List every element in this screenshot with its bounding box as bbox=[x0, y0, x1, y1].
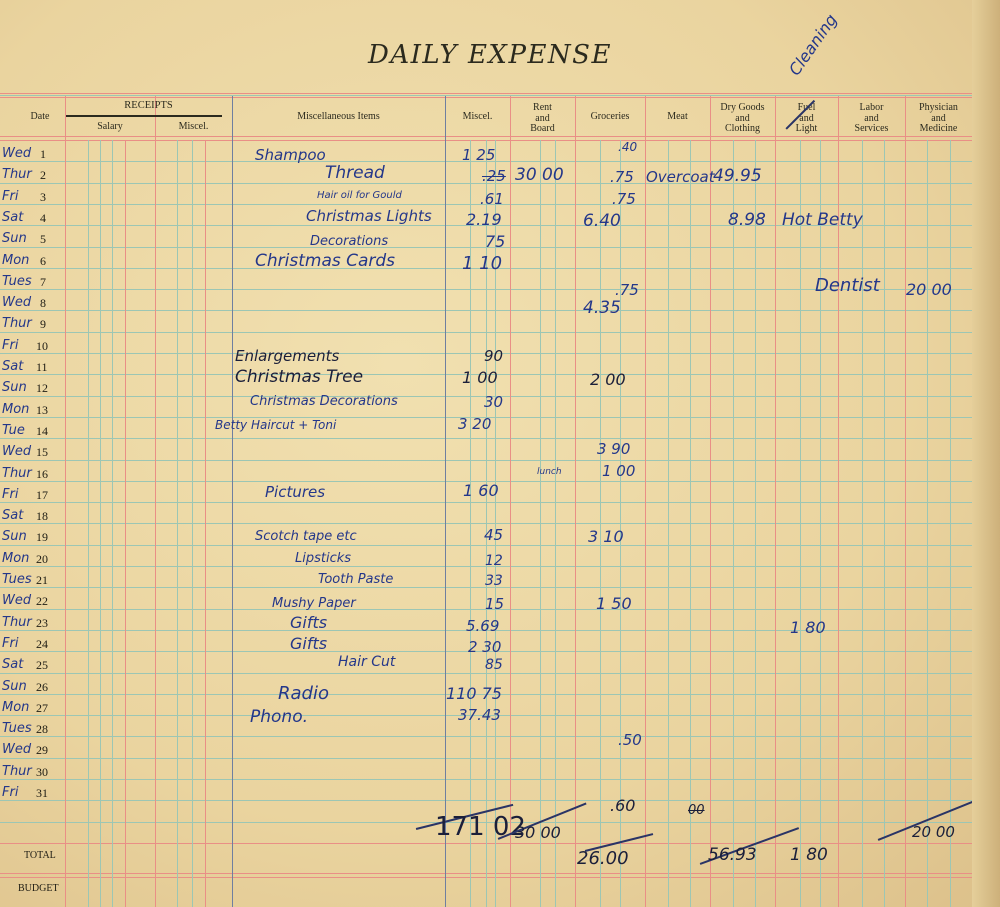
grid-line bbox=[540, 140, 541, 907]
grid-line bbox=[905, 96, 906, 907]
groceries-amount: .75 bbox=[610, 168, 634, 186]
weekday-label: Sun bbox=[2, 679, 27, 694]
groceries-amount: .75 bbox=[615, 281, 639, 299]
groceries-amount: 3 10 bbox=[588, 527, 624, 546]
grid-line bbox=[820, 140, 821, 907]
physician-amount: 20 00 bbox=[906, 280, 952, 299]
item-enlargements: Enlargements bbox=[235, 347, 339, 365]
grid-line bbox=[800, 140, 801, 907]
grid-line bbox=[100, 140, 101, 907]
header-misc-items: Miscellaneous Items bbox=[232, 112, 445, 123]
weekday-label: Mon bbox=[2, 551, 29, 566]
total-rent: 30 00 bbox=[515, 823, 561, 842]
date-number: 3 bbox=[40, 190, 46, 205]
page-title: DAILY EXPENSE bbox=[0, 40, 980, 70]
weekday-label: Tues bbox=[2, 274, 32, 289]
grid-line bbox=[0, 95, 972, 96]
date-number: 25 bbox=[36, 658, 48, 673]
weekday-label: Thur bbox=[2, 615, 32, 630]
miscel-amount: 1 60 bbox=[463, 481, 499, 500]
miscel-amount: .61 bbox=[480, 190, 504, 208]
date-number: 6 bbox=[40, 254, 46, 269]
rent-amount: 30 00 bbox=[515, 165, 564, 185]
groceries-amount: 6.40 bbox=[583, 211, 621, 231]
date-number: 29 bbox=[36, 743, 48, 758]
weekday-label: Sun bbox=[2, 380, 27, 395]
header-physician: Physician and Medicine bbox=[905, 103, 972, 135]
grid-line bbox=[510, 96, 511, 907]
total-physician: 20 00 bbox=[912, 823, 955, 841]
date-number: 1 bbox=[40, 147, 46, 162]
date-number: 5 bbox=[40, 232, 46, 247]
grid-line bbox=[668, 140, 669, 907]
date-number: 20 bbox=[36, 552, 48, 567]
grid-line bbox=[232, 96, 233, 907]
weekday-label: Wed bbox=[2, 742, 31, 757]
weekday-label: Wed bbox=[2, 146, 31, 161]
groceries-amount: .50 bbox=[618, 731, 642, 749]
date-number: 26 bbox=[36, 680, 48, 695]
grid-line bbox=[65, 96, 66, 907]
weekday-label: Tue bbox=[2, 423, 25, 438]
weekday-label: Sat bbox=[2, 508, 23, 523]
weekday-label: Sat bbox=[2, 657, 23, 672]
header-receipts-miscel: Miscel. bbox=[155, 122, 232, 133]
groceries-amount: 2 00 bbox=[590, 370, 626, 389]
groceries-amount: 1 00 bbox=[602, 462, 635, 480]
item-thread: Thread bbox=[325, 163, 385, 183]
item-christmas-tree: Christmas Tree bbox=[235, 367, 363, 387]
weekday-label: Fri bbox=[2, 785, 18, 800]
item-christmas-lights: Christmas Lights bbox=[306, 207, 432, 225]
grid-line bbox=[950, 140, 951, 907]
weekday-label: Tues bbox=[2, 721, 32, 736]
item-hair-cut: Hair Cut bbox=[338, 654, 395, 670]
total-label: TOTAL bbox=[24, 850, 56, 861]
date-number: 16 bbox=[36, 467, 48, 482]
grid-line bbox=[0, 93, 972, 94]
grid-line bbox=[862, 140, 863, 907]
grid-line bbox=[645, 96, 646, 907]
total-dry-goods: 56.93 bbox=[708, 845, 757, 865]
labor-note-dentist: Dentist bbox=[815, 275, 880, 296]
miscel-amount: 33 bbox=[485, 573, 503, 589]
groceries-amount: .60 bbox=[610, 796, 635, 815]
groceries-amount: .75 bbox=[612, 190, 636, 208]
date-number: 24 bbox=[36, 637, 48, 652]
weekday-label: Wed bbox=[2, 295, 31, 310]
weekday-label: Thur bbox=[2, 167, 32, 182]
grid-line bbox=[445, 96, 446, 907]
item-christmas-cards: Christmas Cards bbox=[255, 251, 395, 271]
meat-struck-value: 00 bbox=[688, 803, 705, 818]
meat-note-overcoat: Overcoat bbox=[646, 168, 715, 186]
miscel-amount: 90 bbox=[484, 347, 503, 365]
date-number: 12 bbox=[36, 381, 48, 396]
item-radio: Radio bbox=[278, 683, 329, 704]
dry-goods-note: Hot Betty bbox=[782, 210, 863, 230]
grid-line bbox=[205, 140, 206, 907]
grid-line bbox=[555, 140, 556, 907]
weekday-label: Fri bbox=[2, 487, 18, 502]
item-shampoo: Shampoo bbox=[255, 146, 326, 164]
total-fuel: 1 80 bbox=[790, 845, 828, 865]
date-number: 2 bbox=[40, 168, 46, 183]
date-number: 28 bbox=[36, 722, 48, 737]
grid-line bbox=[88, 140, 89, 907]
miscel-amount: 1 10 bbox=[462, 253, 502, 274]
grid-line bbox=[775, 96, 776, 907]
date-number: 11 bbox=[36, 360, 48, 375]
grid-line bbox=[192, 140, 193, 907]
item-decorations: Decorations bbox=[310, 234, 388, 249]
date-number: 22 bbox=[36, 594, 48, 609]
miscel-amount: 85 bbox=[485, 657, 503, 673]
miscel-amount: 5.69 bbox=[466, 617, 499, 635]
weekday-label: Sun bbox=[2, 231, 27, 246]
item-gifts-2: Gifts bbox=[290, 634, 327, 653]
date-number: 21 bbox=[36, 573, 48, 588]
miscel-amount: 75 bbox=[485, 232, 505, 251]
grid-line bbox=[620, 140, 621, 907]
groceries-amount: 3 90 bbox=[597, 440, 630, 458]
miscel-amount: 15 bbox=[485, 595, 504, 613]
item-pictures: Pictures bbox=[265, 483, 325, 501]
grid-line bbox=[0, 136, 972, 137]
date-number: 7 bbox=[40, 275, 46, 290]
date-number: 19 bbox=[36, 530, 48, 545]
date-number: 10 bbox=[36, 339, 48, 354]
date-number: 14 bbox=[36, 424, 48, 439]
grid-line bbox=[125, 140, 126, 907]
miscel-amount: 30 bbox=[484, 393, 503, 411]
groceries-amount: 1 50 bbox=[596, 594, 632, 613]
weekday-label: Wed bbox=[2, 444, 31, 459]
weekday-label: Sun bbox=[2, 529, 27, 544]
miscel-amount: 2.19 bbox=[466, 210, 502, 229]
header-receipts: RECEIPTS bbox=[65, 101, 232, 112]
dry-goods-amount: 8.98 bbox=[728, 210, 766, 230]
date-number: 23 bbox=[36, 616, 48, 631]
weekday-label: Thur bbox=[2, 764, 32, 779]
fuel-amount: 1 80 bbox=[790, 618, 826, 637]
item-phono: Phono. bbox=[250, 707, 308, 727]
grid-line bbox=[112, 140, 113, 907]
item-betty-haircut: Betty Haircut + Toni bbox=[215, 418, 336, 432]
date-number: 18 bbox=[36, 509, 48, 524]
total-miscel: 171 02 bbox=[435, 812, 526, 842]
weekday-label: Fri bbox=[2, 189, 18, 204]
header-rent-board: Rent and Board bbox=[510, 103, 575, 135]
date-number: 17 bbox=[36, 488, 48, 503]
groceries-amount: 4.35 bbox=[583, 298, 621, 318]
miscel-amount: 3 20 bbox=[458, 415, 491, 433]
date-number: 13 bbox=[36, 403, 48, 418]
item-hair-oil: Hair oil for Gould bbox=[317, 190, 402, 201]
item-christmas-decorations: Christmas Decorations bbox=[250, 394, 398, 409]
weekday-label: Mon bbox=[2, 402, 29, 417]
weekday-label: Thur bbox=[2, 466, 32, 481]
weekday-label: Sat bbox=[2, 359, 23, 374]
miscel-amount: 2 30 bbox=[468, 638, 501, 656]
grid-line bbox=[927, 140, 928, 907]
weekday-label: Thur bbox=[2, 316, 32, 331]
date-number: 15 bbox=[36, 445, 48, 460]
header-salary: Salary bbox=[65, 122, 155, 133]
date-number: 4 bbox=[40, 211, 46, 226]
item-mushy-paper: Mushy Paper bbox=[272, 596, 356, 611]
miscel-amount: 1 25 bbox=[462, 146, 495, 164]
groceries-note-lunch: lunch bbox=[537, 467, 562, 477]
header-meat: Meat bbox=[645, 112, 710, 123]
receipts-underline bbox=[66, 115, 222, 117]
miscel-amount: 37.43 bbox=[458, 706, 501, 724]
ledger-page: DAILY EXPENSE Date RECEIPTS Salary Misce… bbox=[0, 0, 1000, 907]
date-number: 9 bbox=[40, 317, 46, 332]
weekday-label: Fri bbox=[2, 338, 18, 353]
groceries-amount: .40 bbox=[618, 140, 637, 154]
header-date: Date bbox=[0, 112, 80, 123]
grid-line bbox=[155, 96, 156, 907]
grid-line bbox=[575, 96, 576, 907]
weekday-label: Fri bbox=[2, 636, 18, 651]
total-groceries: 26.00 bbox=[577, 848, 629, 869]
header-labor: Labor and Services bbox=[838, 103, 905, 135]
item-tooth-paste: Tooth Paste bbox=[318, 572, 393, 587]
item-scotch-tape: Scotch tape etc bbox=[255, 529, 357, 544]
page-edge bbox=[972, 0, 1000, 907]
header-groceries: Groceries bbox=[575, 112, 645, 123]
miscel-amount: .25 bbox=[482, 167, 506, 185]
grid-line bbox=[600, 140, 601, 907]
header-miscel: Miscel. bbox=[445, 112, 510, 123]
grid-line bbox=[690, 140, 691, 907]
weekday-label: Mon bbox=[2, 700, 29, 715]
dry-goods-amount: 49.95 bbox=[713, 166, 762, 186]
miscel-amount: 12 bbox=[485, 553, 503, 569]
date-number: 8 bbox=[40, 296, 46, 311]
grid-line bbox=[177, 140, 178, 907]
item-gifts-1: Gifts bbox=[290, 613, 327, 632]
weekday-label: Mon bbox=[2, 253, 29, 268]
date-number: 27 bbox=[36, 701, 48, 716]
grid-line bbox=[0, 97, 972, 98]
grid-line bbox=[884, 140, 885, 907]
miscel-amount: 110 75 bbox=[446, 684, 502, 703]
header-dry-goods: Dry Goods and Clothing bbox=[710, 103, 775, 135]
grid-line bbox=[755, 140, 756, 907]
weekday-label: Sat bbox=[2, 210, 23, 225]
date-number: 30 bbox=[36, 765, 48, 780]
item-lipsticks: Lipsticks bbox=[295, 551, 351, 566]
miscel-amount: 45 bbox=[484, 526, 503, 544]
grid-line bbox=[710, 96, 711, 907]
weekday-label: Wed bbox=[2, 593, 31, 608]
date-number: 31 bbox=[36, 786, 48, 801]
weekday-label: Tues bbox=[2, 572, 32, 587]
miscel-amount: 1 00 bbox=[462, 368, 498, 387]
grid-line bbox=[733, 140, 734, 907]
budget-label: BUDGET bbox=[18, 883, 59, 894]
